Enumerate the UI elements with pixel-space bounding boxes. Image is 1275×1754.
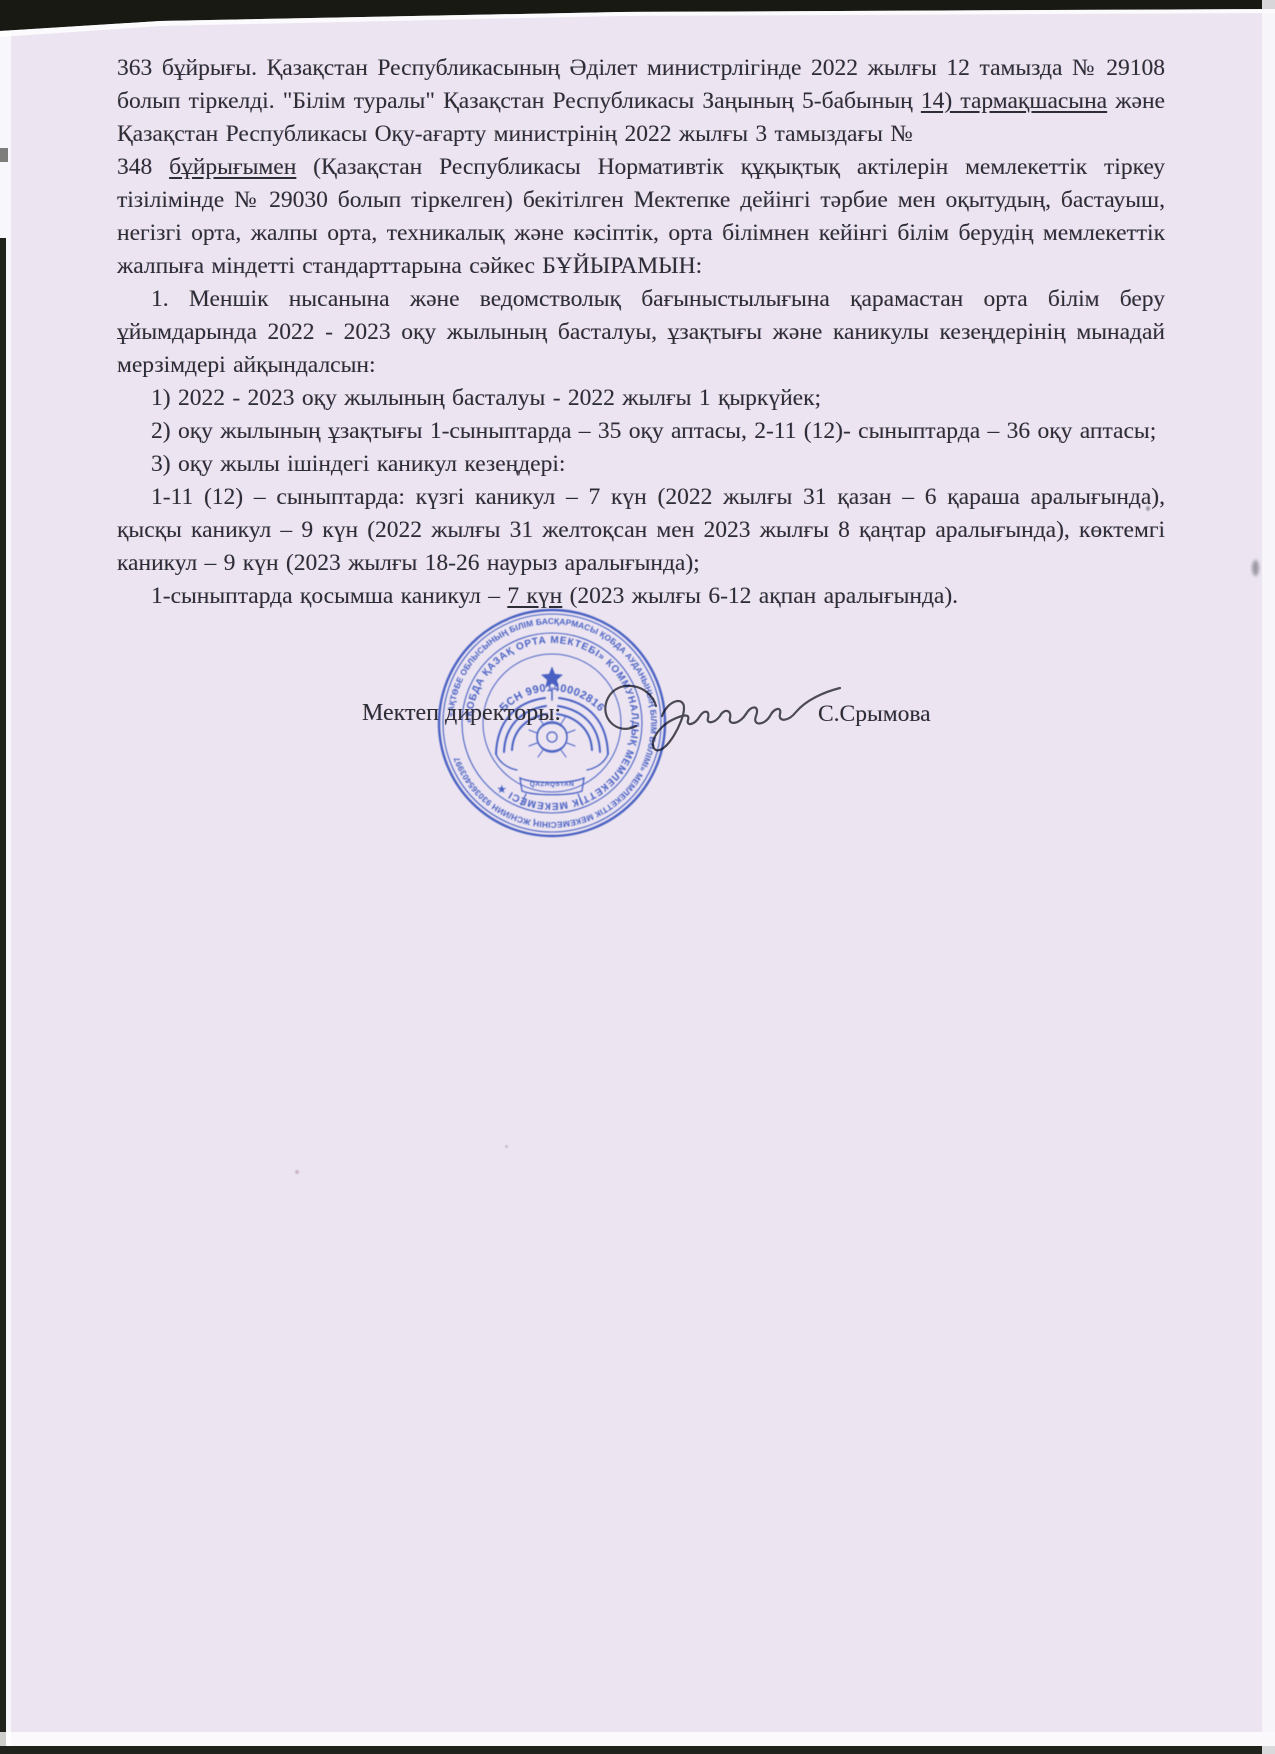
scan-edge-left-dark [0, 238, 6, 1746]
scan-speck [505, 1145, 508, 1148]
paragraph-vacation-periods: 1-11 (12) – сыныптарда: күзгі каникул – … [117, 481, 1165, 580]
scan-speck [1146, 506, 1150, 511]
scan-edge-bottom-white [0, 1732, 1275, 1746]
scanned-order-page: 363 бұйрығы. Қазақстан Республикасының Ә… [0, 0, 1275, 1754]
paragraph-subitem-3: 3) оқу жылы ішіндегі каникул кезеңдері: [117, 448, 1165, 481]
intro-underlined-subparagraph: 14) тармақшасына [921, 88, 1107, 114]
handwritten-signature-icon [592, 670, 847, 762]
svg-text:QAZAQSTAN: QAZAQSTAN [530, 781, 574, 788]
order-text-block: 363 бұйрығы. Қазақстан Республикасының Ә… [117, 52, 1165, 613]
signature-role-label: Мектеп директоры: [362, 700, 561, 727]
paragraph-subitem-1: 1) 2022 - 2023 оқу жылының басталуы - 20… [117, 382, 1165, 415]
scan-edge-bottom-dark [0, 1746, 1275, 1754]
intro-text-3: 348 [117, 154, 169, 180]
scan-smudge [1252, 560, 1259, 576]
scan-edge-right-white [1262, 0, 1275, 1754]
paragraph-subitem-2: 2) оқу жылының ұзақтығы 1-сыныптарда – 3… [117, 415, 1165, 448]
scan-speck [295, 1170, 299, 1174]
paragraph-item-1: 1. Меншік нысанына және ведомстволық бағ… [117, 283, 1165, 382]
seal-banner-text: QAZAQSTAN [530, 781, 574, 788]
intro-underlined-order: бұйрығымен [169, 154, 296, 180]
paragraph-intro: 363 бұйрығы. Қазақстан Республикасының Ә… [117, 52, 1165, 283]
signature-printed-name: С.Срымова [818, 701, 931, 728]
scan-edge-left-tick [0, 148, 8, 162]
scan-edge-top-artifact [0, 0, 1275, 42]
